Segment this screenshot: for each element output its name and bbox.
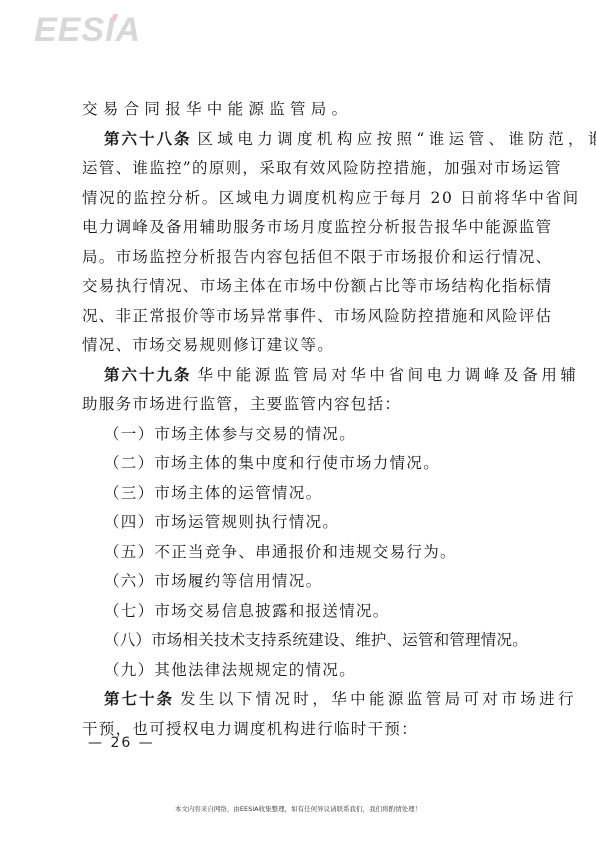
logo-text-main: EES <box>34 11 105 49</box>
page-number: — 26 — <box>88 735 155 751</box>
list-item: （八）市场相关技术支持系统建设、维护、运管和管理情况。 <box>82 626 516 656</box>
article-69-first-line: 第六十九条华中能源监管局对华中省间电力调峰及备用辅 <box>82 361 516 391</box>
article-70-heading: 第七十条 <box>104 690 174 708</box>
article-70-first-line: 第七十条发生以下情况时，华中能源监管局可对市场进行 <box>82 685 516 715</box>
text-line: 交易执行情况、市场主体在市场中份额占比等市场结构化指标情 <box>82 272 516 302</box>
list-item: （二）市场主体的集中度和行使市场力情况。 <box>82 449 516 479</box>
article-68-text: 区域电力调度机构应按照“谁运管、谁防范，谁 <box>198 130 596 148</box>
logo-accent-letter: I <box>105 10 115 50</box>
list-item: （三）市场主体的运管情况。 <box>82 479 516 509</box>
text-line: 电力调峰及备用辅助服务市场月度监控分析报告报华中能源监管 <box>82 213 516 243</box>
article-69-text: 华中能源监管局对华中省间电力调峰及备用辅 <box>198 366 580 384</box>
article-68-heading: 第六十八条 <box>104 130 192 148</box>
text-line: 局。市场监控分析报告内容包括但不限于市场报价和运行情况、 <box>82 243 516 273</box>
list-item: （七）市场交易信息披露和报送情况。 <box>82 597 516 627</box>
list-item: （五）不正当竞争、串通报价和违规交易行为。 <box>82 538 516 568</box>
eesia-logo: EESIA <box>34 10 141 50</box>
text-line: 情况的监控分析。区域电力调度机构应于每月 20 日前将华中省间 <box>82 184 516 214</box>
article-70-text: 发生以下情况时，华中能源监管局可对市场进行 <box>180 690 577 708</box>
text-line: 助服务市场进行监管，主要监管内容包括： <box>82 390 516 420</box>
list-item: （一）市场主体参与交易的情况。 <box>82 420 516 450</box>
text-line: 况、非正常报价等市场异常事件、市场风险防控措施和风险评估 <box>82 302 516 332</box>
footer-disclaimer: 本文内容来自网络，由EESIA收集整理，如有任何异议请联系我们，我们将酌情处理！ <box>0 804 596 813</box>
text-line: 交易合同报华中能源监管局。 <box>82 95 516 125</box>
article-68-first-line: 第六十八条区域电力调度机构应按照“谁运管、谁防范，谁 <box>82 125 516 155</box>
document-body: 交易合同报华中能源监管局。 第六十八条区域电力调度机构应按照“谁运管、谁防范，谁… <box>82 95 516 744</box>
list-item: （六）市场履约等信用情况。 <box>82 567 516 597</box>
text-line: 情况、市场交易规则修订建议等。 <box>82 331 516 361</box>
text-line: 运管、谁监控”的原则，采取有效风险防控措施，加强对市场运管 <box>82 154 516 184</box>
article-69-heading: 第六十九条 <box>104 366 192 384</box>
list-item: （四）市场运管规则执行情况。 <box>82 508 516 538</box>
list-item: （九）其他法律法规规定的情况。 <box>82 656 516 686</box>
logo-text-tail: A <box>116 11 142 49</box>
